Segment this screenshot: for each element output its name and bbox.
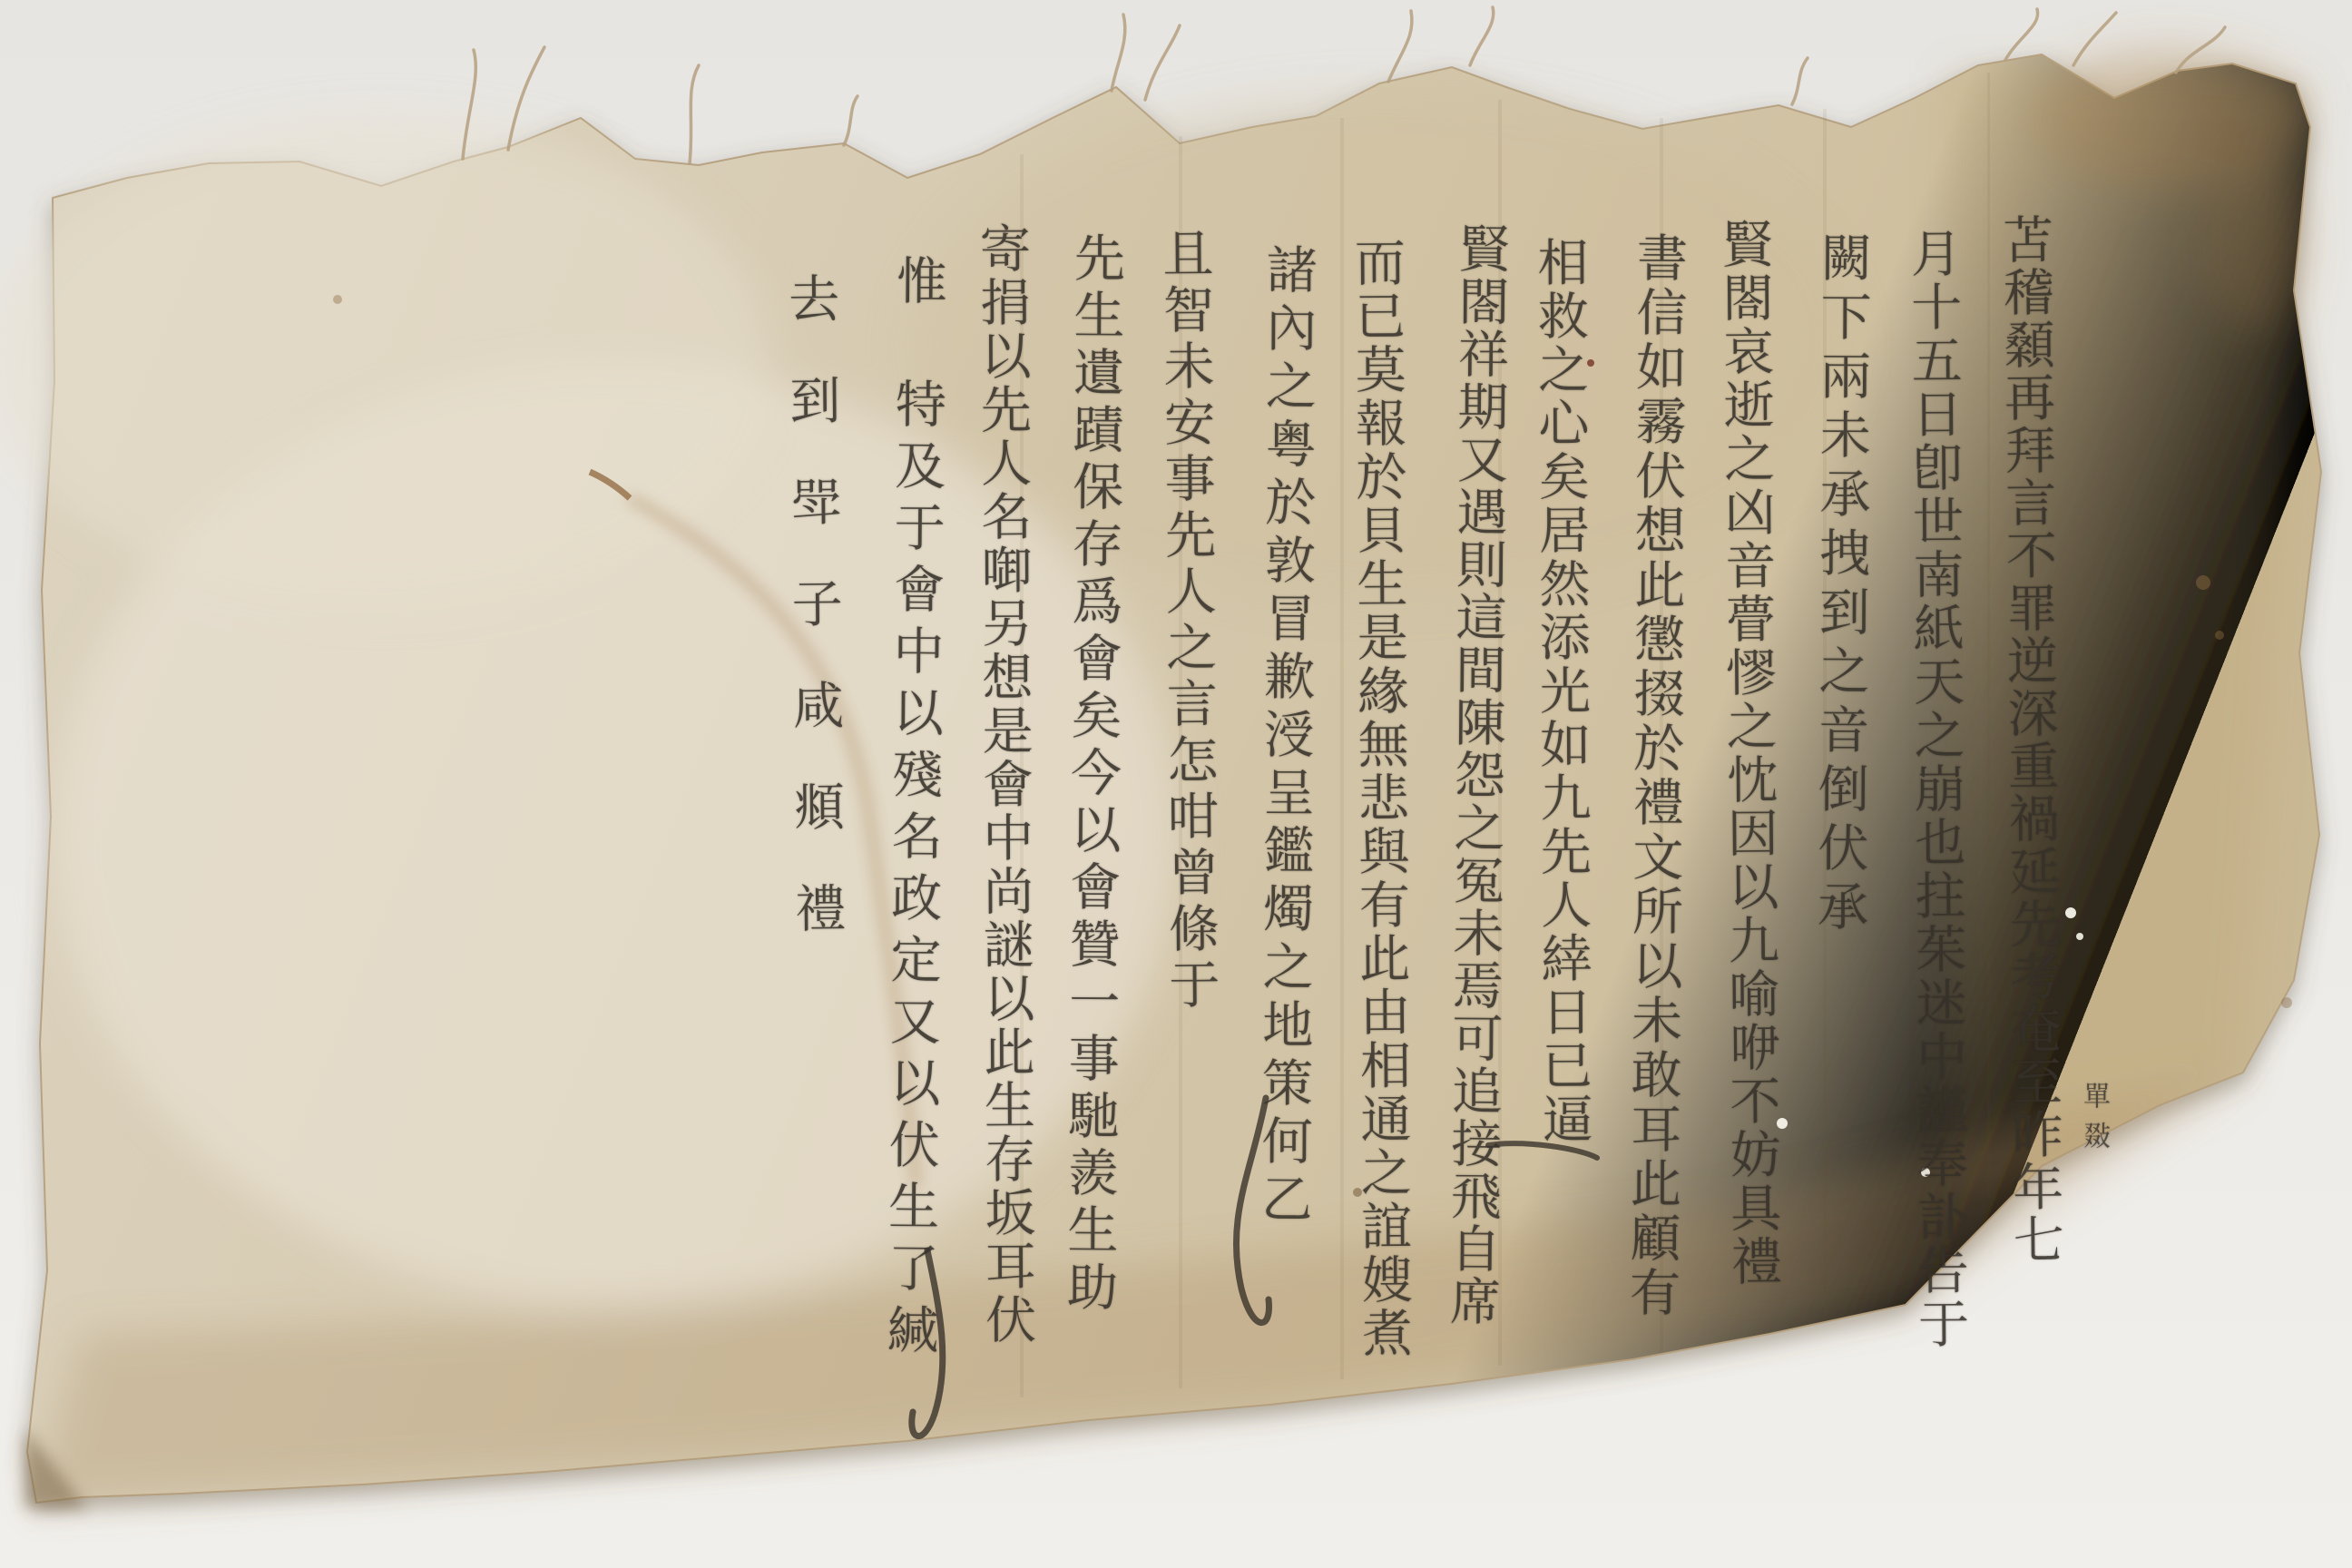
text-column-12: 寄捐以先人名啣另想是會中尚謎以此生存坂耳伏 (975, 222, 1032, 1347)
text-column-9: 諸內之粤於敦冒歉涭呈鑑燭之地策何乙 (1257, 243, 1313, 1230)
text-column-5: 書信如霧伏想此懲掇於禮文所以未敢耳此顧有 (1625, 231, 1683, 1320)
side-note-column: 單敠 (2080, 1082, 2107, 1161)
text-column-2: 月十五日卽世南紙天之崩也拄茱迷中謹奉訃告于 (1906, 227, 1965, 1351)
text-column-3: 闕下兩未承拽到之音倒伏承 (1813, 231, 1867, 939)
text-column-7: 賢閤祥期又遇則這間陳怨之冤未焉可追接飛自席 (1445, 222, 1506, 1328)
photo-of-letter: 苫稽顙再拜言不罪逆深重禍延先考奄至昨年七 月十五日卽世南紙天之崩也拄茱迷中謹奉訃… (0, 0, 2352, 1568)
text-column-1: 苫稽顙再拜言不罪逆深重禍延先考奄至昨年七 (1998, 213, 2060, 1267)
text-column-11: 先生遺蹟保存爲會矣今以會贊一事馳羨生助 (1063, 231, 1121, 1318)
letter-text-layer: 苫稽顙再拜言不罪逆深重禍延先考奄至昨年七 月十五日卽世南紙天之崩也拄茱迷中謹奉訃… (0, 0, 2352, 1568)
text-column-6: 相救之心矣居然添光如九先人緈日已逼 (1533, 236, 1588, 1146)
text-column-10: 且智未安事先人之言怎咁曾條于 (1158, 227, 1216, 1014)
text-column-13: 惟 特及于會中以殘名政定又以伏生了緘 (883, 254, 944, 1365)
text-column-8: 而已莫報於貝生是緣無悲與有此由相通之誼嫂煮 (1350, 236, 1409, 1360)
text-column-14: 去到斝子咸頫禮 (784, 272, 842, 985)
text-column-4: 賢閤哀逝之凶音瞢憀之忱因以九喻咿不妨具禮 (1718, 218, 1778, 1289)
